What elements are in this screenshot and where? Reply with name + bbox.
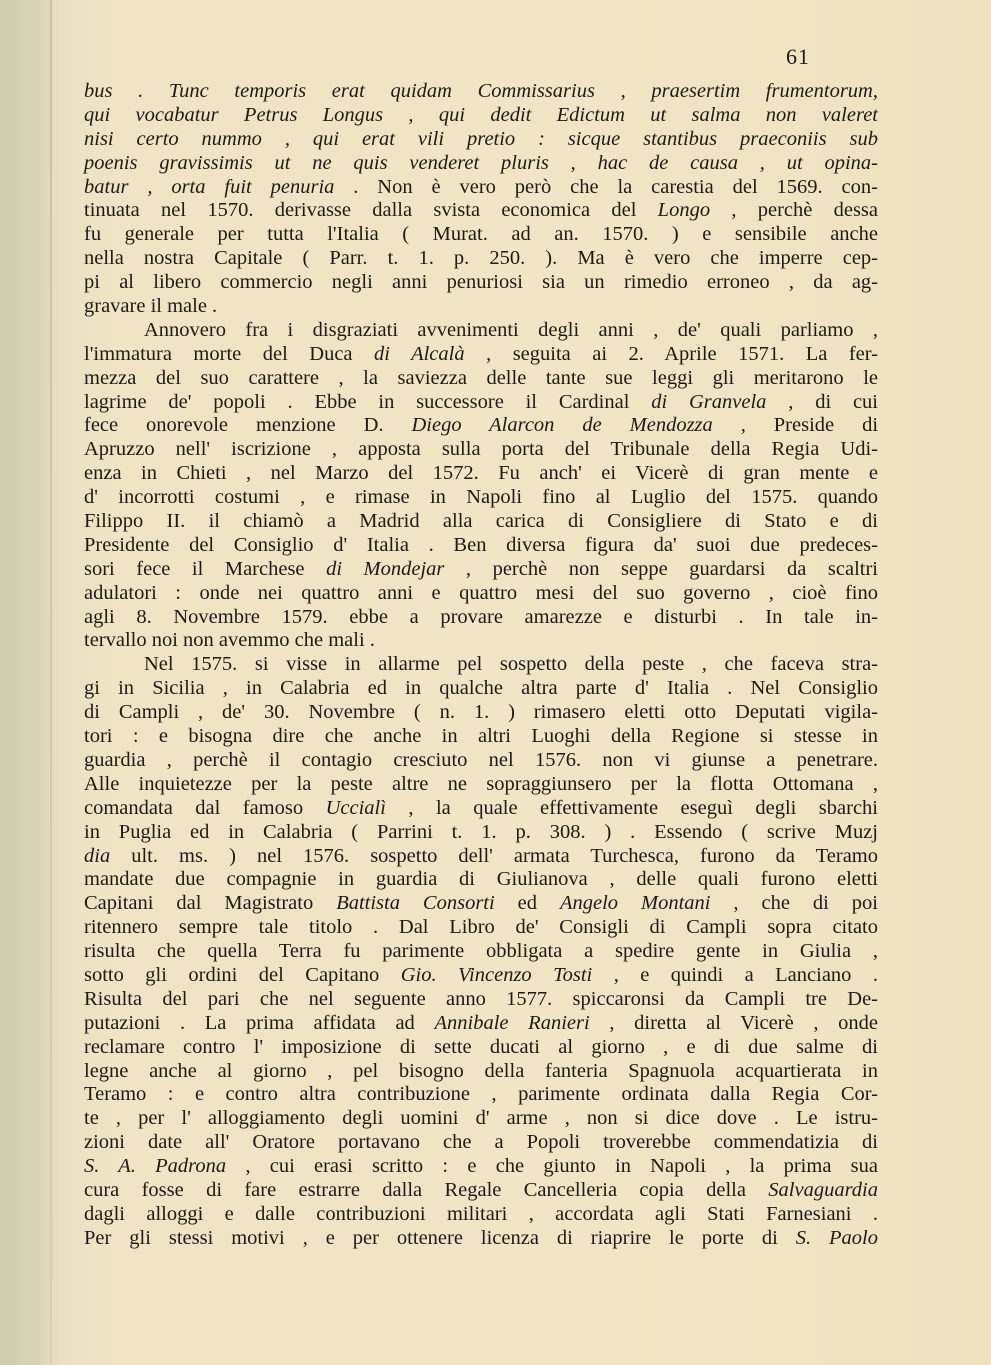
text-line: cura fosse di fare estrarre dalla Regale… — [84, 1179, 878, 1203]
text-line: risulta che quella Terra fu parimente ob… — [84, 940, 878, 964]
text-line: bus . Tunc temporis erat quidam Commissa… — [84, 80, 878, 104]
roman-span: sotto gli ordini del Capitano — [84, 964, 401, 986]
text-line: Nel 1575. si visse in allarme pel sospet… — [84, 653, 878, 677]
roman-span: . Non è vero però che la carestia del 15… — [334, 176, 878, 198]
text-line: pi al libero commercio negli anni penuri… — [84, 271, 878, 295]
text-line: sotto gli ordini del Capitano Gio. Vince… — [84, 964, 878, 988]
text-line: te , per l' alloggiamento degli uomini d… — [84, 1107, 878, 1131]
italic-span: Annibale Ranieri — [434, 1012, 589, 1034]
italic-span: poenis gravissimis ut ne quis venderet p… — [84, 152, 878, 174]
text-line: tinuata nel 1570. derivasse dalla svista… — [84, 199, 878, 223]
text-line: Teramo : e contro altra contribuzione , … — [84, 1083, 878, 1107]
text-line: agli 8. Novembre 1579. ebbe a provare am… — [84, 606, 878, 630]
roman-span: comandata dal famoso — [84, 797, 326, 819]
text-line: legne anche al giorno , pel bisogno dell… — [84, 1060, 878, 1084]
text-line: Annovero fra i disgraziati avvenimenti d… — [84, 319, 878, 343]
roman-span: cura fosse di fare estrarre dalla Regale… — [84, 1179, 768, 1201]
roman-span: Capitani dal Magistrato — [84, 892, 336, 914]
italic-span: di Mondejar — [326, 558, 444, 580]
text-line: nisi certo nummo , qui erat vili pretio … — [84, 128, 878, 152]
text-line: S. A. Padrona , cui erasi scritto : e ch… — [84, 1155, 878, 1179]
text-line: Filippo II. il chiamò a Madrid alla cari… — [84, 510, 878, 534]
text-line: fu generale per tutta l'Italia ( Murat. … — [84, 223, 878, 247]
page-number: 61 — [786, 44, 810, 70]
text-line: mezza del suo carattere , la saviezza de… — [84, 367, 878, 391]
text-line: sori fece il Marchese di Mondejar , perc… — [84, 558, 878, 582]
roman-span: tinuata nel 1570. derivasse dalla svista… — [84, 199, 658, 221]
text-line: batur , orta fuit penuria . Non è vero p… — [84, 176, 878, 200]
italic-span: dia — [84, 845, 110, 867]
text-line: dagli alloggi e dalle contribuzioni mili… — [84, 1203, 878, 1227]
roman-span: , la quale effettivamente eseguì degli s… — [386, 797, 878, 819]
italic-span: Longo — [658, 199, 710, 221]
text-line: mandate due compagnie in guardia di Giul… — [84, 868, 878, 892]
roman-span: l'immatura morte del Duca — [84, 343, 374, 365]
roman-span: , di cui — [766, 391, 878, 413]
text-line: fece onorevole menzione D. Diego Alarcon… — [84, 414, 878, 438]
text-line: tervallo noi non avemmo che mali . — [84, 629, 878, 653]
text-line: tori : e bisogna dire che anche in altri… — [84, 725, 878, 749]
roman-span: putazioni . La prima affidata ad — [84, 1012, 434, 1034]
roman-span: , diretta al Vicerè , onde — [590, 1012, 878, 1034]
italic-span: S. A. Padrona — [84, 1155, 226, 1177]
text-line: reclamare contro l' imposizione di sette… — [84, 1036, 878, 1060]
roman-span: lagrime de' popoli . Ebbe in successore … — [84, 391, 651, 413]
text-line: gi in Sicilia , in Calabria ed in qualch… — [84, 677, 878, 701]
italic-span: Gio. Vincenzo Tosti — [401, 964, 593, 986]
text-line: di Campli , de' 30. Novembre ( n. 1. ) r… — [84, 701, 878, 725]
text-line: in Puglia ed in Calabria ( Parrini t. 1.… — [84, 821, 878, 845]
roman-span: , cui erasi scritto : e che giunto in Na… — [226, 1155, 878, 1177]
page-text-body: bus . Tunc temporis erat quidam Commissa… — [84, 80, 878, 1251]
italic-span: Angelo Montani — [560, 892, 711, 914]
roman-span: , e quindi a Lanciano . — [592, 964, 878, 986]
roman-span: ult. ms. ) nel 1576. sospetto dell' arma… — [110, 845, 878, 867]
book-gutter — [50, 0, 52, 1365]
text-line: gravare il male . — [84, 295, 878, 319]
text-line: nella nostra Capitale ( Parr. t. 1. p. 2… — [84, 247, 878, 271]
roman-span: , Preside di — [713, 414, 878, 436]
text-line: dia ult. ms. ) nel 1576. sospetto dell' … — [84, 845, 878, 869]
roman-span: ed — [495, 892, 560, 914]
text-line: l'immatura morte del Duca di Alcalà , se… — [84, 343, 878, 367]
text-line: d' incorrotti costumi , e rimase in Napo… — [84, 486, 878, 510]
roman-span: sori fece il Marchese — [84, 558, 326, 580]
italic-span: bus . Tunc temporis erat quidam Commissa… — [84, 80, 878, 102]
italic-span: qui vocabatur Petrus Longus , qui dedit … — [84, 104, 878, 126]
italic-span: Uccialì — [326, 797, 386, 819]
italic-span: di Granvela — [651, 391, 766, 413]
text-line: enza in Chieti , nel Marzo del 1572. Fu … — [84, 462, 878, 486]
roman-span: fece onorevole menzione D. — [84, 414, 411, 436]
italic-span: S. Paolo — [796, 1227, 878, 1249]
italic-span: Diego Alarcon de Mendozza — [411, 414, 712, 436]
text-line: Presidente del Consiglio d' Italia . Ben… — [84, 534, 878, 558]
text-line: poenis gravissimis ut ne quis venderet p… — [84, 152, 878, 176]
text-line: Capitani dal Magistrato Battista Consort… — [84, 892, 878, 916]
roman-span: , che di poi — [710, 892, 878, 914]
italic-span: Battista Consorti — [336, 892, 495, 914]
italic-span: batur , orta fuit penuria — [84, 176, 334, 198]
roman-span: , seguita ai 2. Aprile 1571. La fer- — [465, 343, 878, 365]
italic-span: nisi certo nummo , qui erat vili pretio … — [84, 128, 878, 150]
text-line: comandata dal famoso Uccialì , la quale … — [84, 797, 878, 821]
text-line: Per gli stessi motivi , e per ottenere l… — [84, 1227, 878, 1251]
roman-span: , perchè dessa — [710, 199, 878, 221]
text-line: Apruzzo nell' iscrizione , apposta sulla… — [84, 438, 878, 462]
text-line: Alle inquietezze per la peste altre ne s… — [84, 773, 878, 797]
text-line: Risulta del pari che nel seguente anno 1… — [84, 988, 878, 1012]
text-line: adulatori : onde nei quattro anni e quat… — [84, 582, 878, 606]
text-line: ritennero sempre tale titolo . Dal Libro… — [84, 916, 878, 940]
text-line: zioni date all' Oratore portavano che a … — [84, 1131, 878, 1155]
roman-span: , perchè non seppe guardarsi da scaltri — [444, 558, 878, 580]
text-line: qui vocabatur Petrus Longus , qui dedit … — [84, 104, 878, 128]
italic-span: di Alcalà — [374, 343, 465, 365]
text-line: lagrime de' popoli . Ebbe in successore … — [84, 391, 878, 415]
text-line: guardia , perchè il contagio cresciuto n… — [84, 749, 878, 773]
roman-span: Per gli stessi motivi , e per ottenere l… — [84, 1227, 796, 1249]
italic-span: Salvaguardia — [768, 1179, 878, 1201]
text-line: putazioni . La prima affidata ad Annibal… — [84, 1012, 878, 1036]
